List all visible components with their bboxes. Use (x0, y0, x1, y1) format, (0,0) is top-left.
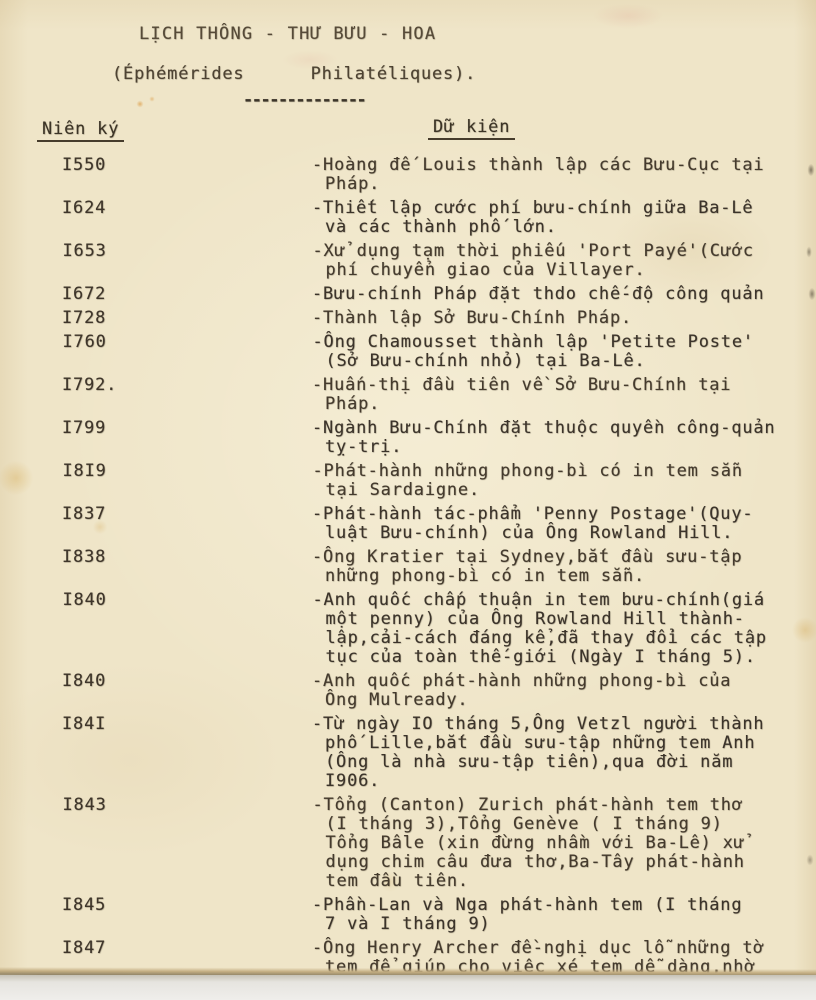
event-cell: -Ngành Bưu-Chính đặt thuộc quyền công-qu… (312, 419, 816, 457)
year-cell: I760 (1, 333, 313, 371)
event-cell: -Anh quốc phát-hành những phong-bì của Ô… (312, 672, 816, 710)
scanner-background (0, 975, 816, 1000)
year-cell: I550 (0, 156, 312, 194)
timeline-row: I672 -Bưu-chính Pháp đặt thdo chế-độ côn… (0, 285, 816, 304)
timeline-row: I760 -Ông Chamousset thành lập 'Petite P… (1, 333, 816, 371)
timeline-row: I843 -Tổng (Canton) Zurich phát-hành tem… (1, 796, 816, 891)
event-cell: -Anh quốc chấp thuận in tem bưu-chính(gi… (313, 591, 816, 667)
year-cell: I837 (0, 505, 312, 543)
year-cell: I840 (1, 591, 313, 667)
event-cell: -Phát-hành những phong-bì có in tem sẵn … (313, 462, 816, 500)
timeline-row: I837 -Phát-hành tác-phẩm 'Penny Postage'… (0, 505, 816, 543)
timeline-row: I653 -Xử dụng tạm thời phiếu 'Port Payé'… (1, 242, 816, 280)
event-cell: -Ông Chamousset thành lập 'Petite Poste'… (313, 333, 816, 371)
event-cell: -Phần-Lan và Nga phát-hành tem (I tháng … (312, 896, 816, 934)
timeline-row: I8I9 -Phát-hành những phong-bì có in tem… (1, 462, 816, 500)
event-cell: -Huấn-thị đầu tiên về Sở Bưu-Chính tại P… (312, 376, 816, 414)
year-cell: I672 (0, 285, 312, 304)
timeline-row: I845 -Phần-Lan và Nga phát-hành tem (I t… (0, 896, 816, 934)
year-cell: I840 (0, 672, 312, 710)
year-cell: I653 (1, 242, 313, 280)
timeline-row: I624 -Thiết lập cước phí bưu-chính giữa … (0, 199, 816, 237)
timeline-row: I550 -Hoàng đế Louis thành lập các Bưu-C… (0, 156, 816, 194)
year-cell: I838 (0, 548, 312, 586)
document-subtitle: (Éphémérides Philatéliques). (112, 64, 476, 84)
event-cell: -Phát-hành tác-phẩm 'Penny Postage'(Quy-… (312, 505, 816, 543)
event-cell: -Hoàng đế Louis thành lập các Bưu-Cục tạ… (312, 156, 816, 194)
timeline-row: I838 -Ông Kratier tại Sydney,bắt đầu sưu… (0, 548, 816, 586)
year-cell: I8I9 (1, 462, 313, 500)
year-cell: I792. (0, 376, 312, 414)
event-cell: -Từ ngày IO tháng 5,Ông Vetzl người thàn… (312, 715, 816, 791)
separator-dashes: -------------- (243, 90, 365, 110)
event-cell: -Tổng (Canton) Zurich phát-hành tem thơ … (313, 796, 816, 891)
event-cell: -Thiết lập cước phí bưu-chính giữa Ba-Lê… (312, 199, 816, 237)
event-cell: -Xử dụng tạm thời phiếu 'Port Payé'(Cước… (313, 242, 816, 280)
year-cell: I845 (0, 896, 312, 934)
scanned-document-page: LỊCH THÔNG - THƯ BƯU - HOA (Éphémérides … (0, 0, 816, 1000)
timeline-table: I550 -Hoàng đế Louis thành lập các Bưu-C… (0, 156, 816, 982)
event-cell: -Ông Kratier tại Sydney,bắt đầu sưu-tập … (312, 548, 816, 586)
column-header-event: Dữ kiện (428, 117, 515, 140)
timeline-row: I840 -Anh quốc phát-hành những phong-bì … (0, 672, 816, 710)
timeline-row: I84I -Từ ngày IO tháng 5,Ông Vetzl người… (0, 715, 816, 791)
year-cell: I624 (0, 199, 312, 237)
year-cell: I843 (1, 796, 313, 891)
timeline-row: I840 -Anh quốc chấp thuận in tem bưu-chí… (1, 591, 816, 667)
year-cell: I84I (0, 715, 312, 791)
column-header-year: Niên ký (37, 119, 124, 142)
timeline-row: I728 -Thành lập Sở Bưu-Chính Pháp. (0, 309, 816, 328)
document-title: LỊCH THÔNG - THƯ BƯU - HOA (139, 24, 436, 44)
timeline-row: I799 -Ngành Bưu-Chính đặt thuộc quyền cô… (0, 419, 816, 457)
year-cell: I728 (0, 309, 312, 328)
year-cell: I799 (0, 419, 312, 457)
timeline-row: I792. -Huấn-thị đầu tiên về Sở Bưu-Chính… (0, 376, 816, 414)
event-cell: -Thành lập Sở Bưu-Chính Pháp. (312, 309, 816, 328)
event-cell: -Bưu-chính Pháp đặt thdo chế-độ công quả… (312, 285, 816, 304)
